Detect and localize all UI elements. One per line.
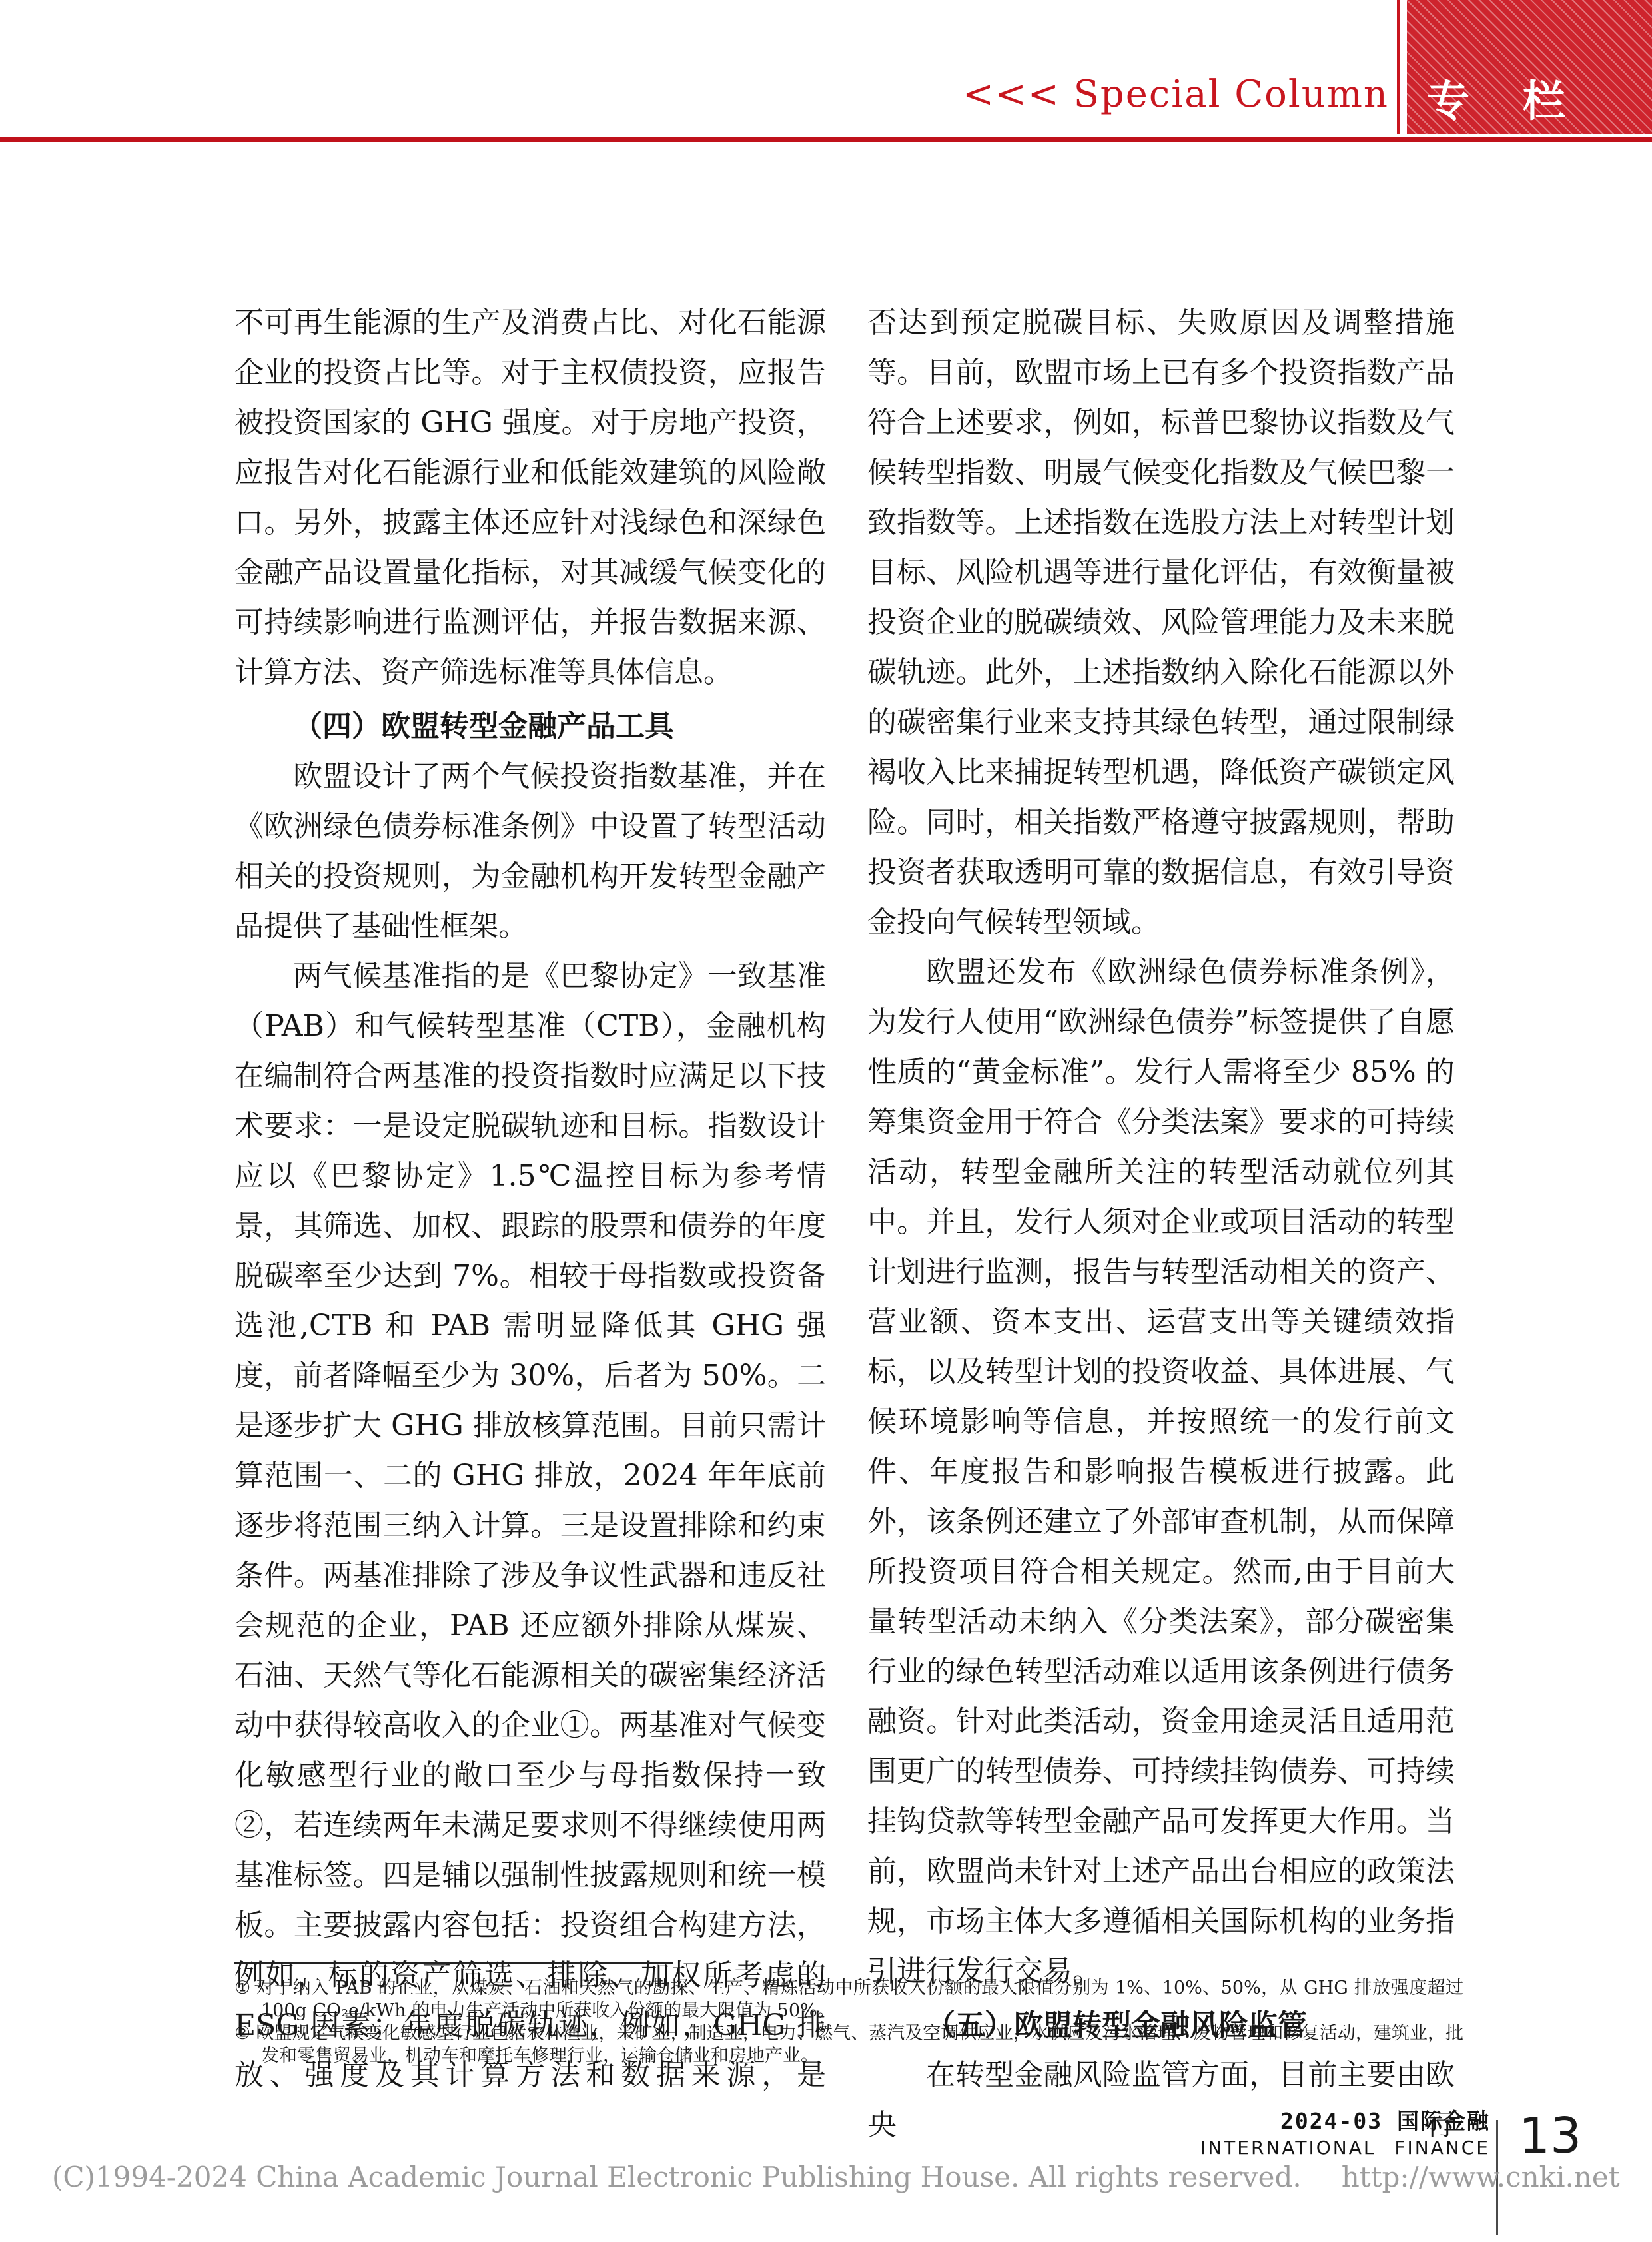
page-number: 13 bbox=[1519, 2110, 1581, 2162]
body-paragraph: 否达到预定脱碳目标、失败原因及调整措施等。目前，欧盟市场上已有多个投资指数产品符… bbox=[867, 298, 1455, 947]
footnote-rule bbox=[234, 1962, 673, 1964]
special-column-label-en: <<< Special Column bbox=[963, 75, 1389, 115]
footnote-1-marker: ① bbox=[234, 1978, 251, 1998]
special-column-banner: 专栏 bbox=[1407, 0, 1652, 134]
body-paragraph: 不可再生能源的生产及消费占比、对化石能源企业的投资占比等。对于主权债投资，应报告… bbox=[234, 298, 826, 697]
section-heading-4: （四）欧盟转型金融产品工具 bbox=[234, 701, 826, 751]
footnote-1: ①对于纳入 PAB 的企业，从煤炭、石油和天然气的勘探、生产、精炼活动中所获收入… bbox=[234, 1977, 1463, 2022]
footnotes: ①对于纳入 PAB 的企业，从煤炭、石油和天然气的勘探、生产、精炼活动中所获收入… bbox=[234, 1977, 1463, 2067]
journal-page: <<< Special Column 专栏 不可再生能源的生产及消费占比、对化石… bbox=[0, 0, 1652, 2242]
right-column: 否达到预定脱碳目标、失败原因及调整措施等。目前，欧盟市场上已有多个投资指数产品符… bbox=[867, 298, 1455, 2150]
special-column-label-zh: 专栏 bbox=[1427, 81, 1619, 123]
header-rule bbox=[0, 137, 1652, 142]
footnote-2-text: 欧盟规定气候变化敏感型行业包括农林渔业，采矿业，制造业，电力、燃气、蒸汽及空调供… bbox=[256, 2023, 1463, 2066]
copyright-line: (C)1994-2024 China Academic Journal Elec… bbox=[52, 2160, 1584, 2195]
journal-issue-block: 2024-03 国际金融 INTERNATIONAL FINANCE bbox=[1200, 2108, 1490, 2159]
header-vertical-divider bbox=[1397, 0, 1400, 134]
cnki-url: http://www.cnki.net bbox=[1342, 2161, 1620, 2193]
left-column: 不可再生能源的生产及消费占比、对化石能源企业的投资占比等。对于主权债投资，应报告… bbox=[234, 298, 826, 2100]
journal-name-en: INTERNATIONAL FINANCE bbox=[1200, 2137, 1490, 2159]
journal-issue: 2024-03 国际金融 bbox=[1200, 2108, 1490, 2135]
copyright-text: (C)1994-2024 China Academic Journal Elec… bbox=[52, 2161, 1302, 2193]
body-paragraph: 欧盟还发布《欧洲绿色债券标准条例》，为发行人使用“欧洲绿色债券”标签提供了自愿性… bbox=[867, 947, 1455, 1996]
body-paragraph: 欧盟设计了两个气候投资指数基准，并在《欧洲绿色债券标准条例》中设置了转型活动相关… bbox=[234, 751, 826, 951]
footnote-2: ②欧盟规定气候变化敏感型行业包括农林渔业，采矿业，制造业，电力、燃气、蒸汽及空调… bbox=[234, 2022, 1463, 2067]
body-paragraph: 两气候基准指的是《巴黎协定》一致基准（PAB）和气候转型基准（CTB），金融机构… bbox=[234, 951, 826, 2100]
footnote-2-marker: ② bbox=[234, 2023, 250, 2044]
footnote-1-text: 对于纳入 PAB 的企业，从煤炭、石油和天然气的勘探、生产、精炼活动中所获收入份… bbox=[256, 1978, 1463, 2021]
